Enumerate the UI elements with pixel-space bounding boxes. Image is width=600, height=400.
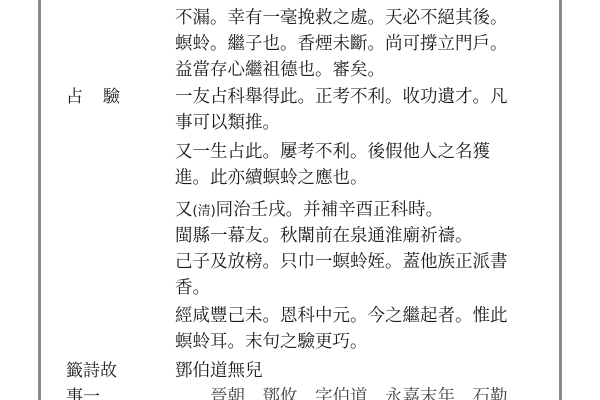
text-line: 閩縣一幕友。秋闈前在泉通淮廟祈禱。: [175, 226, 473, 246]
text-line: 一友占科舉得此。正考不利。收功遺才。凡: [175, 87, 508, 107]
section-label-story-one: 事一: [66, 387, 100, 400]
text-prefix: 又: [175, 200, 193, 220]
text-line: 經咸豐己未。恩科中元。今之繼起者。惟此: [175, 306, 508, 326]
text-line: 螟蛉。繼子也。香煙未斷。尚可撐立門戶。: [175, 34, 508, 54]
document-page: 不漏。幸有一毫挽救之處。天必不絕其後。 螟蛉。繼子也。香煙未斷。尚可撐立門戶。 …: [0, 0, 600, 400]
text-line: 進。此亦續螟蛉之應也。: [175, 168, 368, 188]
text-line: 益當存心繼祖德也。審矣。: [175, 60, 385, 80]
text-line: 不漏。幸有一毫挽救之處。天必不絕其後。: [175, 8, 508, 28]
text-line: 螟蛉耳。末句之驗更巧。: [175, 332, 368, 352]
text-line: 己子及放榜。只巾一螟蛉姪。蓋他族正派書: [175, 252, 508, 272]
text-line: 香。: [175, 278, 210, 298]
text-line: 鄧伯道無兒: [175, 361, 263, 381]
dynasty-annotation: (清): [193, 204, 216, 219]
section-label-zhanyan: 占驗: [66, 87, 140, 107]
text-rest: 同治壬戌。并補辛酉正科時。: [216, 200, 444, 220]
page-border-right: [559, 0, 562, 400]
text-line: 又一生占此。屢考不利。後假他人之名獲: [175, 142, 490, 162]
text-line-cut: 晉朝 鄧攸 字伯道 永嘉末年 石勒: [175, 387, 508, 400]
page-border-left: [38, 0, 41, 400]
section-label-qianshi: 籤詩故: [66, 361, 117, 381]
text-line-qing: 又(清)同治壬戌。并補辛酉正科時。: [175, 200, 443, 222]
text-line: 事可以類推。: [175, 113, 280, 133]
